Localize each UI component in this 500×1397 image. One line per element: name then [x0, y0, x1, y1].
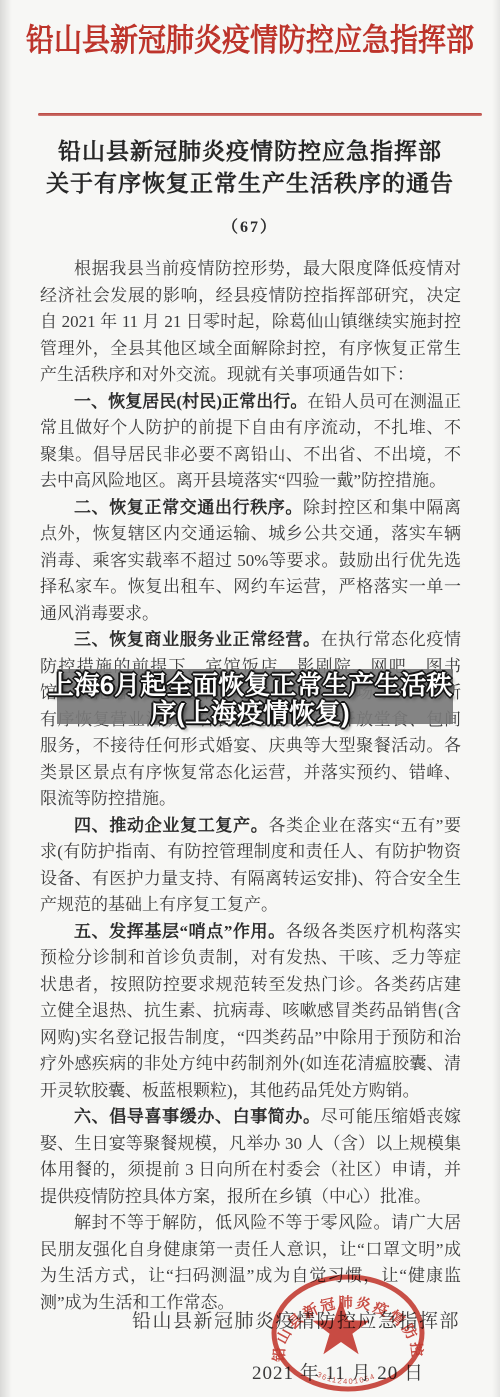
red-divider — [38, 113, 482, 116]
section-4: 四、推动企业复工复产。各类企业在落实“五有”要求(有防护指南、有防控管理制度和责… — [40, 813, 461, 919]
section-5-heading: 五、发挥基层“哨点”作用。 — [74, 922, 286, 941]
section-3-heading: 三、恢复商业服务业正常经营。 — [74, 630, 321, 649]
doc-title-line2: 关于有序恢复正常生产生活秩序的通告 — [0, 168, 500, 200]
section-5-text: 各级各类医疗机构落实预检分诊制和首诊负责制，对有发热、干咳、乏力等症状患者，按照… — [40, 922, 461, 1100]
doc-number: （67） — [0, 214, 500, 237]
document-photo: 铅山县新冠肺炎疫情防控应急指挥部 铅山县新冠肺炎疫情防控应急指挥部 关于有序恢复… — [0, 0, 500, 1397]
official-seal: 铅山县新冠肺炎疫情防控应急指挥部 36112401054 — [263, 1270, 433, 1397]
seal-code: 36112401054 — [315, 1370, 377, 1386]
section-6: 六、倡导喜事缓办、白事简办。尽可能压缩婚丧嫁娶、生日宴等聚餐规模，凡举办 30 … — [40, 1104, 461, 1210]
caption-overlay-text: 上海6月起全面恢复正常生产生活秩序(上海疫情恢复) — [45, 671, 455, 727]
section-2-heading: 二、恢复正常交通出行秩序。 — [74, 498, 303, 517]
section-1: 一、恢复居民(村民)正常出行。在铅人员可在测温正常且做好个人防护的前提下自由有序… — [40, 389, 461, 495]
header-banner-title: 铅山县新冠肺炎疫情防控应急指挥部 — [0, 16, 500, 61]
section-4-heading: 四、推动企业复工复产。 — [74, 816, 268, 835]
doc-title-line1: 铅山县新冠肺炎疫情防控应急指挥部 — [0, 136, 500, 168]
section-5: 五、发挥基层“哨点”作用。各级各类医疗机构落实预检分诊制和首诊负责制，对有发热、… — [40, 919, 461, 1105]
section-1-heading: 一、恢复居民(村民)正常出行。 — [74, 392, 307, 411]
section-2: 二、恢复正常交通出行秩序。除封控区和集中隔离点外，恢复辖区内交通运输、城乡公共交… — [40, 495, 461, 628]
intro-paragraph: 根据我县当前疫情防控形势，最大限度降低疫情对经济社会发展的影响，经县疫情防控指挥… — [40, 256, 461, 389]
svg-text:36112401054: 36112401054 — [315, 1370, 377, 1386]
section-6-heading: 六、倡导喜事缓办、白事简办。 — [74, 1107, 321, 1126]
doc-body: 根据我县当前疫情防控形势，最大限度降低疫情对经济社会发展的影响，经县疫情防控指挥… — [40, 256, 461, 1316]
doc-title: 铅山县新冠肺炎疫情防控应急指挥部 关于有序恢复正常生产生活秩序的通告 — [0, 136, 500, 200]
